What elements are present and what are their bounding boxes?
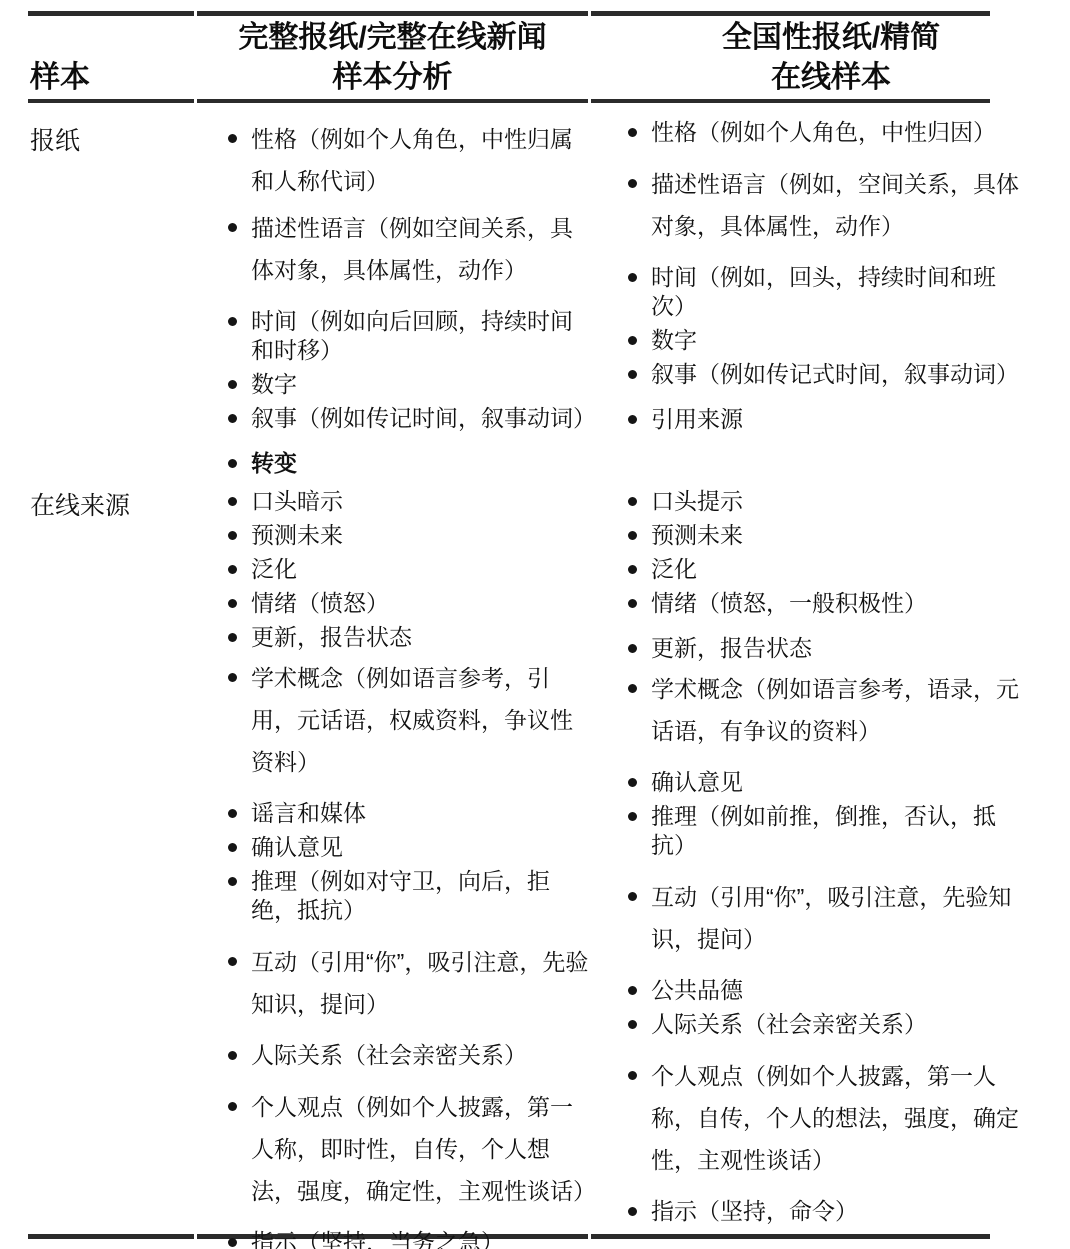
list-item: 口头提示 xyxy=(628,487,1030,516)
bullet-icon xyxy=(628,644,637,653)
list-item-text: 推理（例如对守卫，向后，拒绝，抵抗） xyxy=(251,867,590,925)
table-top-rule-col1 xyxy=(28,11,194,16)
bullet-icon xyxy=(628,497,637,506)
list-item: 学术概念（例如语言参考，引用，元话语，权威资料，争议性资料） xyxy=(228,657,590,783)
list-item: 互动（引用“你”，吸引注意，先验知识，提问） xyxy=(628,876,1030,960)
list-item: 互动（引用“你”，吸引注意，先验知识，提问） xyxy=(228,941,590,1025)
list-item-text: 泛化 xyxy=(651,555,1030,584)
list-item-text: 互动（引用“你”，吸引注意，先验知识，提问） xyxy=(651,876,1030,960)
list-item-text: 描述性语言（例如，空间关系，具体对象，具体属性，动作） xyxy=(651,163,1030,247)
list-item-text: 泛化 xyxy=(251,555,590,584)
table-top-rule-col3 xyxy=(591,11,990,16)
list-item: 公共品德 xyxy=(628,976,1030,1005)
list-item-text: 情绪（愤怒，一般积极性） xyxy=(651,589,1030,618)
bullet-icon xyxy=(628,565,637,574)
row-label-online-sources: 在线来源 xyxy=(30,486,130,522)
list-item: 个人观点（例如个人披露，第一人称，即时性，自传，个人想法，强度，确定性，主观性谈… xyxy=(228,1086,590,1212)
column-header-sample: 样本 xyxy=(30,52,90,96)
list-item-text: 时间（例如，回头，持续时间和班次） xyxy=(651,263,1030,321)
bullet-icon xyxy=(228,134,237,143)
list-item: 描述性语言（例如空间关系，具体对象，具体属性，动作） xyxy=(228,207,590,291)
list-item-text: 人际关系（社会亲密关系） xyxy=(251,1041,590,1070)
list-item-text: 数字 xyxy=(651,326,1030,355)
bullet-icon xyxy=(228,633,237,642)
bullet-list: 口头暗示预测未来泛化情绪（愤怒）更新，报告状态学术概念（例如语言参考，引用，元话… xyxy=(228,487,590,1249)
header-bottom-rule-col1 xyxy=(28,99,194,103)
bullet-list: 性格（例如个人角色，中性归属和人称代词）描述性语言（例如空间关系，具体对象，具体… xyxy=(228,118,590,478)
list-item-text: 数字 xyxy=(251,370,590,399)
list-item-text: 预测未来 xyxy=(251,521,590,550)
paper-table-page: { "colors": { "background": "#ffffff", "… xyxy=(0,0,1070,1249)
list-item: 描述性语言（例如，空间关系，具体对象，具体属性，动作） xyxy=(628,163,1030,247)
list-item-text: 更新，报告状态 xyxy=(251,623,590,652)
list-item-text: 学术概念（例如语言参考，语录，元话语，有争议的资料） xyxy=(651,668,1030,752)
column-header-full-sample-line2: 样本分析 xyxy=(197,58,588,98)
list-item: 数字 xyxy=(228,370,590,399)
bullet-icon xyxy=(628,599,637,608)
bullet-icon xyxy=(228,531,237,540)
bullet-icon xyxy=(628,415,637,424)
list-item: 预测未来 xyxy=(628,521,1030,550)
bullet-icon xyxy=(228,1238,237,1247)
list-item-text: 引用来源 xyxy=(651,405,1030,434)
bullet-icon xyxy=(628,986,637,995)
table-bottom-rule-col3 xyxy=(591,1234,990,1239)
list-item-text: 更新，报告状态 xyxy=(651,634,1030,663)
list-item: 推理（例如对守卫，向后，拒绝，抵抗） xyxy=(228,867,590,925)
list-item: 更新，报告状态 xyxy=(228,623,590,652)
list-item-text: 互动（引用“你”，吸引注意，先验知识，提问） xyxy=(251,941,590,1025)
list-item-text: 确认意见 xyxy=(251,833,590,862)
list-item-text: 人际关系（社会亲密关系） xyxy=(651,1010,1030,1039)
list-item: 泛化 xyxy=(228,555,590,584)
list-item-text: 推理（例如前推，倒推，否认，抵抗） xyxy=(651,802,1030,860)
bullet-icon xyxy=(628,336,637,345)
column-header-reduced-sample-line1: 全国性报纸/精简 xyxy=(600,18,1062,58)
list-item: 性格（例如个人角色，中性归属和人称代词） xyxy=(228,118,590,202)
bullet-icon xyxy=(628,812,637,821)
bullet-icon xyxy=(228,843,237,852)
bullet-icon xyxy=(228,1102,237,1111)
list-item: 时间（例如向后回顾，持续时间和时移） xyxy=(228,307,590,365)
list-item: 个人观点（例如个人披露，第一人称，自传，个人的想法，强度，确定性，主观性谈话） xyxy=(628,1055,1030,1181)
list-item-text: 口头提示 xyxy=(651,487,1030,516)
bullet-icon xyxy=(228,459,237,468)
list-item-text: 叙事（例如传记式时间，叙事动词） xyxy=(651,360,1030,389)
list-item: 更新，报告状态 xyxy=(628,634,1030,663)
header-bottom-rule-col2 xyxy=(197,99,588,103)
bullet-icon xyxy=(228,1051,237,1060)
column-header-reduced-sample-line2: 在线样本 xyxy=(600,58,1062,98)
list-item: 口头暗示 xyxy=(228,487,590,516)
table-top-rule-col2 xyxy=(197,11,588,16)
bullet-icon xyxy=(628,1071,637,1080)
bullet-icon xyxy=(228,809,237,818)
list-item-text: 情绪（愤怒） xyxy=(251,589,590,618)
list-item: 情绪（愤怒，一般积极性） xyxy=(628,589,1030,618)
list-item-text: 确认意见 xyxy=(651,768,1030,797)
list-item: 时间（例如，回头，持续时间和班次） xyxy=(628,263,1030,321)
list-item: 泛化 xyxy=(628,555,1030,584)
bullet-icon xyxy=(628,892,637,901)
list-item-text: 指示（坚持，当务之急） xyxy=(251,1228,590,1249)
list-item-text: 学术概念（例如语言参考，引用，元话语，权威资料，争议性资料） xyxy=(251,657,590,783)
bullet-icon xyxy=(228,497,237,506)
bullet-icon xyxy=(228,957,237,966)
list-item: 性格（例如个人角色，中性归因） xyxy=(628,118,1030,147)
list-item: 学术概念（例如语言参考，语录，元话语，有争议的资料） xyxy=(628,668,1030,752)
list-item: 引用来源 xyxy=(628,405,1030,434)
cell-newspaper-full-sample: 性格（例如个人角色，中性归属和人称代词）描述性语言（例如空间关系，具体对象，具体… xyxy=(228,118,590,478)
bullet-icon xyxy=(628,370,637,379)
list-item-text: 公共品德 xyxy=(651,976,1030,1005)
list-item: 指示（坚持，命令） xyxy=(628,1197,1030,1226)
column-header-full-sample: 完整报纸/完整在线新闻 样本分析 xyxy=(197,18,588,98)
list-item-text: 谣言和媒体 xyxy=(251,799,590,828)
table-bottom-rule-col1 xyxy=(28,1234,194,1239)
list-item: 情绪（愤怒） xyxy=(228,589,590,618)
list-item-text: 个人观点（例如个人披露，第一人称，自传，个人的想法，强度，确定性，主观性谈话） xyxy=(651,1055,1030,1181)
list-item: 谣言和媒体 xyxy=(228,799,590,828)
bullet-icon xyxy=(228,317,237,326)
list-item: 人际关系（社会亲密关系） xyxy=(228,1041,590,1070)
bullet-icon xyxy=(628,128,637,137)
list-item-text: 指示（坚持，命令） xyxy=(651,1197,1030,1226)
cell-online-sources-full-sample: 口头暗示预测未来泛化情绪（愤怒）更新，报告状态学术概念（例如语言参考，引用，元话… xyxy=(228,487,590,1249)
bullet-icon xyxy=(228,877,237,886)
list-item-text: 叙事（例如传记时间，叙事动词） xyxy=(251,404,590,433)
list-item: 确认意见 xyxy=(228,833,590,862)
bullet-icon xyxy=(628,778,637,787)
list-item-text: 个人观点（例如个人披露，第一人称，即时性，自传，个人想法，强度，确定性，主观性谈… xyxy=(251,1086,590,1212)
bullet-icon xyxy=(228,673,237,682)
bullet-icon xyxy=(228,599,237,608)
list-item: 指示（坚持，当务之急） xyxy=(228,1228,590,1249)
header-bottom-rule-col3 xyxy=(591,99,990,103)
list-item-text: 描述性语言（例如空间关系，具体对象，具体属性，动作） xyxy=(251,207,590,291)
list-item: 推理（例如前推，倒推，否认，抵抗） xyxy=(628,802,1030,860)
list-item: 叙事（例如传记时间，叙事动词） xyxy=(228,404,590,433)
bullet-icon xyxy=(228,223,237,232)
row-label-newspaper: 报纸 xyxy=(30,121,80,157)
bullet-icon xyxy=(628,273,637,282)
list-item: 转变 xyxy=(228,449,590,478)
bullet-icon xyxy=(228,565,237,574)
cell-newspaper-reduced-sample: 性格（例如个人角色，中性归因）描述性语言（例如，空间关系，具体对象，具体属性，动… xyxy=(628,118,1030,434)
column-header-reduced-sample: 全国性报纸/精简 在线样本 xyxy=(600,18,1062,98)
list-item-text: 时间（例如向后回顾，持续时间和时移） xyxy=(251,307,590,365)
list-item-text: 性格（例如个人角色，中性归属和人称代词） xyxy=(251,118,590,202)
list-item: 预测未来 xyxy=(228,521,590,550)
column-header-full-sample-line1: 完整报纸/完整在线新闻 xyxy=(197,18,588,58)
list-item-text: 性格（例如个人角色，中性归因） xyxy=(651,118,1030,147)
bullet-icon xyxy=(628,179,637,188)
list-item: 数字 xyxy=(628,326,1030,355)
list-item: 叙事（例如传记式时间，叙事动词） xyxy=(628,360,1030,389)
list-item: 人际关系（社会亲密关系） xyxy=(628,1010,1030,1039)
list-item-text: 预测未来 xyxy=(651,521,1030,550)
bullet-icon xyxy=(628,531,637,540)
bullet-icon xyxy=(628,684,637,693)
bullet-list: 口头提示预测未来泛化情绪（愤怒，一般积极性）更新，报告状态学术概念（例如语言参考… xyxy=(628,487,1030,1226)
list-item: 确认意见 xyxy=(628,768,1030,797)
list-item-text: 转变 xyxy=(251,449,590,478)
bullet-icon xyxy=(228,414,237,423)
bullet-icon xyxy=(628,1020,637,1029)
list-item-text: 口头暗示 xyxy=(251,487,590,516)
bullet-icon xyxy=(228,380,237,389)
cell-online-sources-reduced-sample: 口头提示预测未来泛化情绪（愤怒，一般积极性）更新，报告状态学术概念（例如语言参考… xyxy=(628,487,1030,1226)
bullet-list: 性格（例如个人角色，中性归因）描述性语言（例如，空间关系，具体对象，具体属性，动… xyxy=(628,118,1030,434)
bullet-icon xyxy=(628,1207,637,1216)
